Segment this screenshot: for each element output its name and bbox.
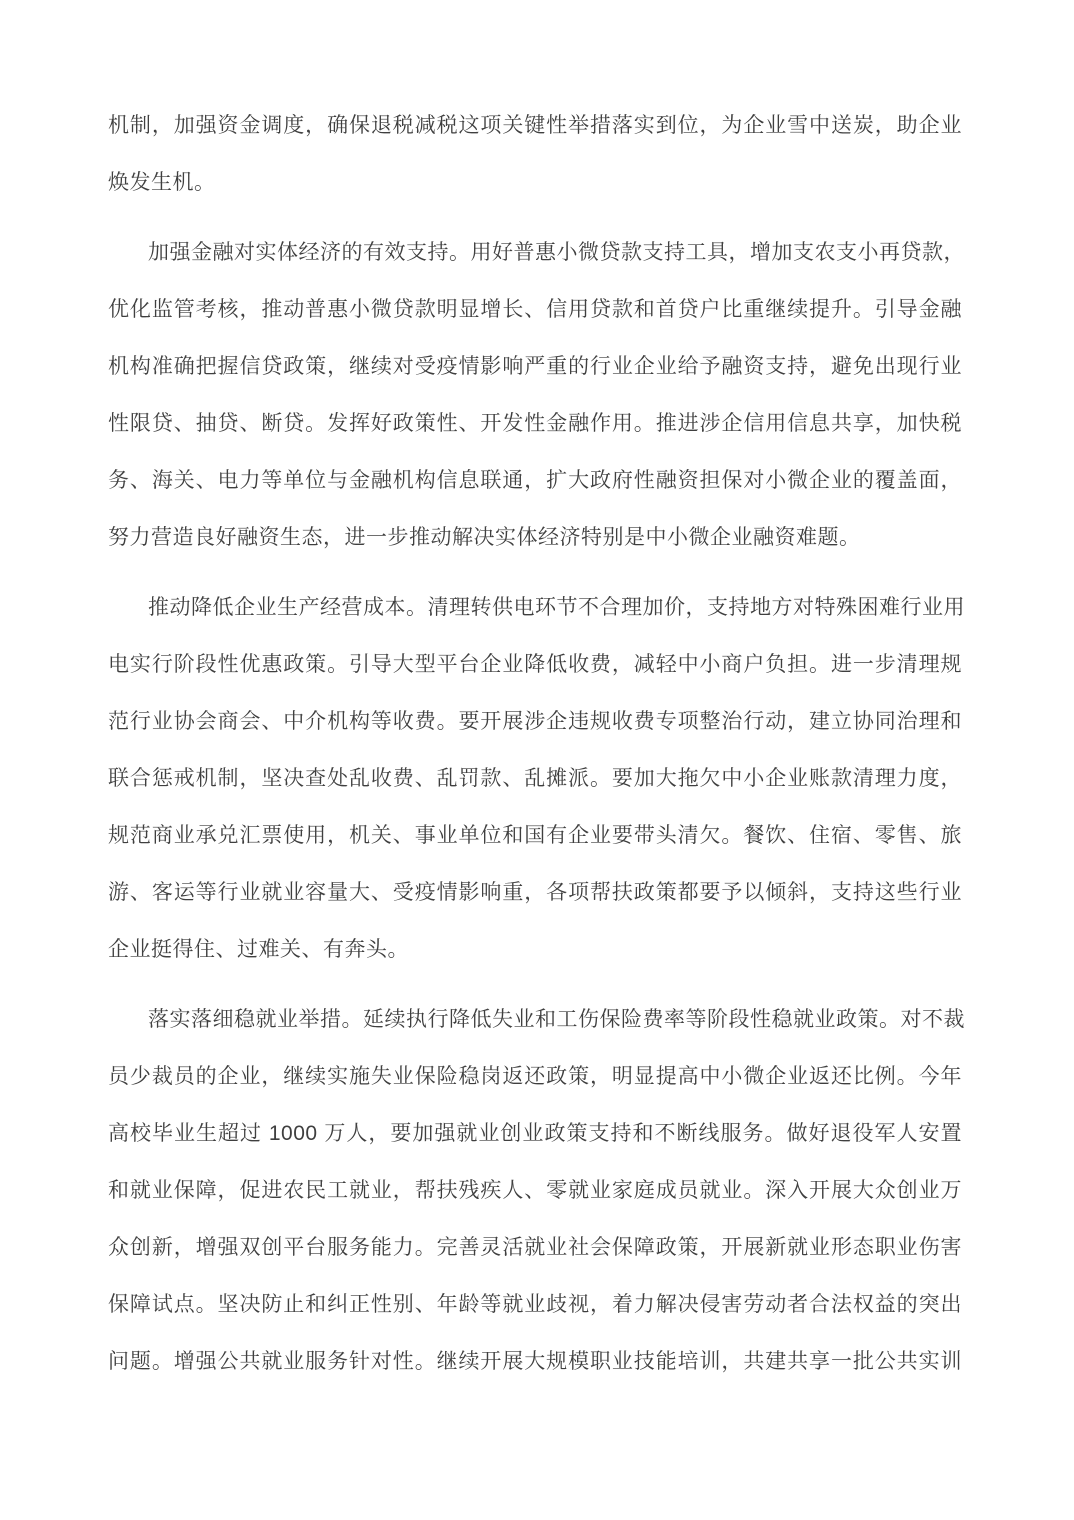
paragraph: 机制，加强资金调度，确保退税减税这项关键性举措落实到位，为企业雪中送炭，助企业焕… [108,97,962,211]
text-line: 焕发生机。 [108,154,962,211]
text-line: 高校毕业生超过 1000 万人，要加强就业创业政策支持和不断线服务。做好退役军人… [108,1105,962,1162]
text-line: 电实行阶段性优惠政策。引导大型平台企业降低收费，减轻中小商户负担。进一步清理规 [108,636,962,693]
text-line: 游、客运等行业就业容量大、受疫情影响重，各项帮扶政策都要予以倾斜，支持这些行业 [108,864,962,921]
text-line: 努力营造良好融资生态，进一步推动解决实体经济特别是中小微企业融资难题。 [108,509,962,566]
text-line: 加强金融对实体经济的有效支持。用好普惠小微贷款支持工具，增加支农支小再贷款， [108,224,962,281]
text-line: 优化监管考核，推动普惠小微贷款明显增长、信用贷款和首贷户比重继续提升。引导金融 [108,281,962,338]
text-line: 企业挺得住、过难关、有奔头。 [108,921,962,978]
text-line: 员少裁员的企业，继续实施失业保险稳岗返还政策，明显提高中小微企业返还比例。今年 [108,1048,962,1105]
text-line: 规范商业承兑汇票使用，机关、事业单位和国有企业要带头清欠。餐饮、住宿、零售、旅 [108,807,962,864]
text-line: 机构准确把握信贷政策，继续对受疫情影响严重的行业企业给予融资支持，避免出现行业 [108,338,962,395]
text-line: 落实落细稳就业举措。延续执行降低失业和工伤保险费率等阶段性稳就业政策。对不裁 [108,991,962,1048]
text-line: 务、海关、电力等单位与金融机构信息联通，扩大政府性融资担保对小微企业的覆盖面， [108,452,962,509]
text-line: 和就业保障，促进农民工就业，帮扶残疾人、零就业家庭成员就业。深入开展大众创业万 [108,1162,962,1219]
text-line: 机制，加强资金调度，确保退税减税这项关键性举措落实到位，为企业雪中送炭，助企业 [108,97,962,154]
text-line: 联合惩戒机制，坚决查处乱收费、乱罚款、乱摊派。要加大拖欠中小企业账款清理力度， [108,750,962,807]
paragraph: 推动降低企业生产经营成本。清理转供电环节不合理加价，支持地方对特殊困难行业用电实… [108,579,962,978]
text-line: 保障试点。坚决防止和纠正性别、年龄等就业歧视，着力解决侵害劳动者合法权益的突出 [108,1276,962,1333]
text-line: 范行业协会商会、中介机构等收费。要开展涉企违规收费专项整治行动，建立协同治理和 [108,693,962,750]
paragraph: 落实落细稳就业举措。延续执行降低失业和工伤保险费率等阶段性稳就业政策。对不裁员少… [108,991,962,1390]
text-line: 问题。增强公共就业服务针对性。继续开展大规模职业技能培训，共建共享一批公共实训 [108,1333,962,1390]
document-page: 机制，加强资金调度，确保退税减税这项关键性举措落实到位，为企业雪中送炭，助企业焕… [0,0,1074,1520]
text-line: 推动降低企业生产经营成本。清理转供电环节不合理加价，支持地方对特殊困难行业用 [108,579,962,636]
paragraph: 加强金融对实体经济的有效支持。用好普惠小微贷款支持工具，增加支农支小再贷款，优化… [108,224,962,566]
text-line: 性限贷、抽贷、断贷。发挥好政策性、开发性金融作用。推进涉企信用信息共享，加快税 [108,395,962,452]
text-line: 众创新，增强双创平台服务能力。完善灵活就业社会保障政策，开展新就业形态职业伤害 [108,1219,962,1276]
